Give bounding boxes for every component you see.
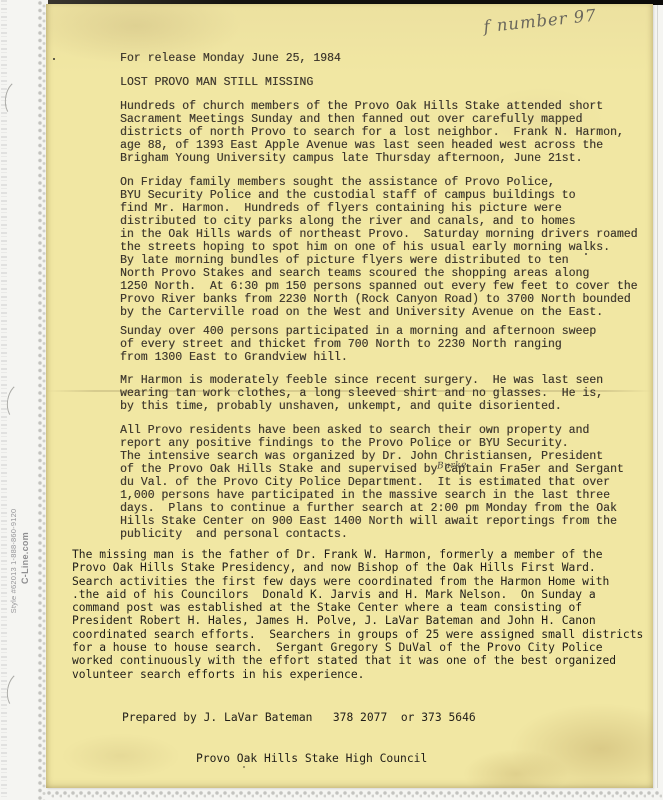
paragraph-search-sunday: Hundreds of church members of the Provo … (120, 100, 652, 165)
paragraph-friday-efforts: On Friday family members sought the assi… (120, 176, 652, 319)
release-date-line: For release Monday June 25, 1984 (120, 52, 652, 65)
addendum-block: The missing man is the father of Dr. Fra… (72, 548, 654, 681)
paragraph-sunday-sweep: Sunday over 400 persons participated in … (120, 325, 652, 364)
sleeve-right-edge (657, 5, 658, 788)
sleeve-brand-text: C-Line.com (19, 493, 31, 623)
handwritten-insert-mark: ^ (437, 444, 444, 453)
prepared-by-line: Prepared by J. LaVar Bateman 378 2077 or… (122, 711, 642, 725)
council-line: Provo Oak Hills Stake High Council (122, 752, 642, 766)
sleeve-style-number-text: Style #62013 1-888-860-9120 (9, 485, 19, 637)
headline: LOST PROVO MAN STILL MISSING (120, 76, 652, 89)
paragraph-description: Mr Harmon is moderately feeble since rec… (120, 374, 652, 413)
handwritten-name-correction: Burke (437, 460, 467, 471)
typewritten-body: For release Monday June 25, 1984 LOST PR… (120, 52, 652, 552)
footer-block: Prepared by J. LaVar Bateman 378 2077 or… (122, 683, 642, 793)
press-release-paper: f number 97 For release Monday June 25, … (46, 4, 653, 788)
handwritten-number-note: f number 97 (483, 0, 663, 36)
binder-ring-middle (4, 381, 36, 423)
binder-ring-bottom (4, 670, 36, 712)
scan-specks (53, 58, 55, 60)
paragraph-residents-asked: All Provo residents have been asked to s… (120, 424, 652, 541)
scanned-document-page: C-Line.com Style #62013 1-888-860-9120 f… (0, 0, 663, 800)
